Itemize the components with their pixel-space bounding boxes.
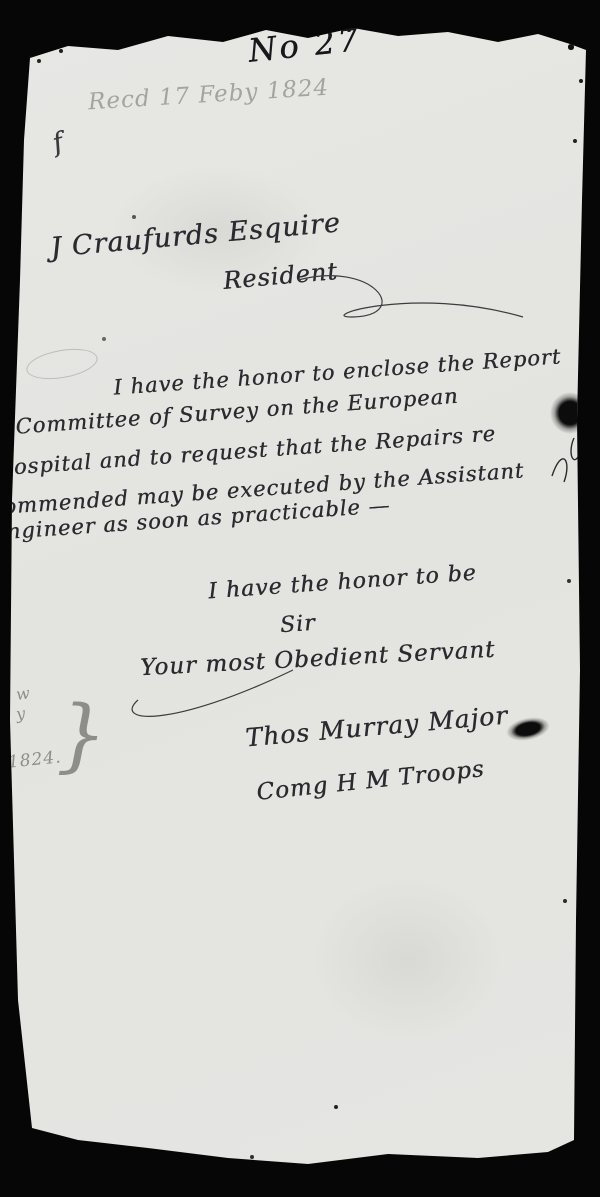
ink-blot	[550, 392, 590, 434]
scanned-letter-page: { "scan": { "background_color": "#060606…	[0, 0, 600, 1197]
paper-sheet: No 27 Recd 17 Feby 1824 f ( J Craufurds …	[8, 20, 590, 1178]
closing-line: Sir	[279, 611, 316, 638]
pencil-oval-mark	[24, 344, 100, 384]
edge-stroke-fragment: f	[49, 127, 67, 159]
closing-line: I have the honor to be	[207, 561, 477, 605]
signature-rank: Comg H M Troops	[255, 756, 486, 806]
paper-smudge	[268, 840, 548, 1080]
pen-flourish	[293, 255, 533, 330]
ink-blot	[504, 714, 552, 745]
margin-date-year: 1824.	[7, 747, 62, 773]
pen-flourish	[108, 660, 298, 720]
received-note: Recd 17 Feby 1824	[87, 75, 329, 116]
docket-number: No 27	[246, 20, 363, 70]
margin-brace: }	[56, 680, 107, 790]
ink-flourish	[546, 428, 588, 490]
edge-ink-specks	[8, 20, 10, 22]
edge-stroke-fragment: (	[0, 318, 8, 346]
margin-date-fragment: y	[15, 703, 28, 723]
margin-date-fragment: w	[15, 683, 32, 704]
